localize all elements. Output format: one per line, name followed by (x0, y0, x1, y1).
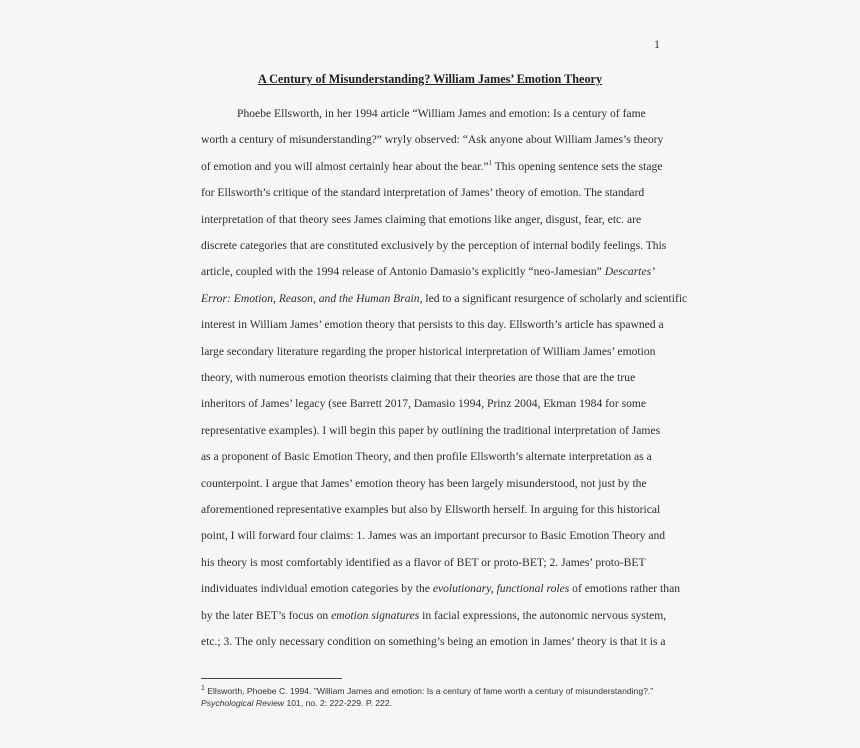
line-text: interpretation of that theory sees James… (201, 213, 641, 226)
body-line: point, I will forward four claims: 1. Ja… (201, 528, 665, 544)
line-text: large secondary literature regarding the… (201, 345, 655, 358)
body-line: for Ellsworth’s critique of the standard… (201, 185, 644, 201)
line-text: This opening sentence sets the stage (492, 160, 662, 173)
body-line: individuates individual emotion categori… (201, 581, 680, 597)
body-line: counterpoint. I argue that James’ emotio… (201, 476, 647, 492)
line-text: his theory is most comfortably identifie… (201, 556, 646, 569)
body-line: representative examples). I will begin t… (201, 423, 660, 439)
body-line: article, coupled with the 1994 release o… (201, 264, 655, 280)
line-text: article, coupled with the 1994 release o… (201, 265, 605, 278)
italic-text: Descartes’ (605, 265, 655, 278)
line-text: as a proponent of Basic Emotion Theory, … (201, 450, 652, 463)
body-line: worth a century of misunderstanding?” wr… (201, 132, 663, 148)
line-text: individuates individual emotion categori… (201, 582, 433, 595)
body-line: his theory is most comfortably identifie… (201, 555, 646, 571)
italic-text: emotion signatures (331, 609, 419, 622)
body-line: by the later BET’s focus on emotion sign… (201, 608, 666, 624)
line-text: etc.; 3. The only necessary condition on… (201, 635, 666, 648)
italic-text: evolutionary, functional roles (433, 582, 569, 595)
body-line: Error: Emotion, Reason, and the Human Br… (201, 291, 687, 307)
line-text: counterpoint. I argue that James’ emotio… (201, 477, 647, 490)
line-text: , led to a significant resurgence of sch… (420, 292, 688, 305)
body-line: inheritors of James’ legacy (see Barrett… (201, 396, 646, 412)
line-text: of emotion and you will almost certainly… (201, 160, 489, 173)
body-line: as a proponent of Basic Emotion Theory, … (201, 449, 652, 465)
line-text: aforementioned representative examples b… (201, 503, 660, 516)
body-line: aforementioned representative examples b… (201, 502, 660, 518)
line-text: by the later BET’s focus on (201, 609, 331, 622)
body-line: etc.; 3. The only necessary condition on… (201, 634, 666, 650)
footnote-text-end: 101, no. 2: 222-229. P. 222. (284, 698, 392, 708)
line-text: of emotions rather than (569, 582, 680, 595)
document-title: A Century of Misunderstanding? William J… (0, 72, 860, 87)
body-line: interest in William James’ emotion theor… (201, 317, 664, 333)
body-line: large secondary literature regarding the… (201, 344, 655, 360)
line-text: inheritors of James’ legacy (see Barrett… (201, 397, 646, 410)
body-line: of emotion and you will almost certainly… (201, 159, 662, 175)
line-text: for Ellsworth’s critique of the standard… (201, 186, 644, 199)
line-text: Phoebe Ellsworth, in her 1994 article “W… (237, 107, 646, 120)
footnote-text: Ellsworth, Phoebe C. 1994. "William Jame… (205, 686, 653, 696)
line-text: discrete categories that are constituted… (201, 239, 666, 252)
body-line: Phoebe Ellsworth, in her 1994 article “W… (237, 106, 646, 122)
line-text: in facial expressions, the autonomic ner… (419, 609, 666, 622)
body-line: interpretation of that theory sees James… (201, 212, 641, 228)
body-line: discrete categories that are constituted… (201, 238, 666, 254)
line-text: worth a century of misunderstanding?” wr… (201, 133, 663, 146)
page-number: 1 (654, 37, 660, 52)
footnote-divider (201, 678, 342, 679)
line-text: representative examples). I will begin t… (201, 424, 660, 437)
body-line: theory, with numerous emotion theorists … (201, 370, 635, 386)
line-text: interest in William James’ emotion theor… (201, 318, 664, 331)
line-text: theory, with numerous emotion theorists … (201, 371, 635, 384)
footnote-journal: Psychological Review (201, 698, 284, 708)
line-text: point, I will forward four claims: 1. Ja… (201, 529, 665, 542)
footnote: 1 Ellsworth, Phoebe C. 1994. "William Ja… (201, 685, 671, 709)
italic-text: Error: Emotion, Reason, and the Human Br… (201, 292, 420, 305)
